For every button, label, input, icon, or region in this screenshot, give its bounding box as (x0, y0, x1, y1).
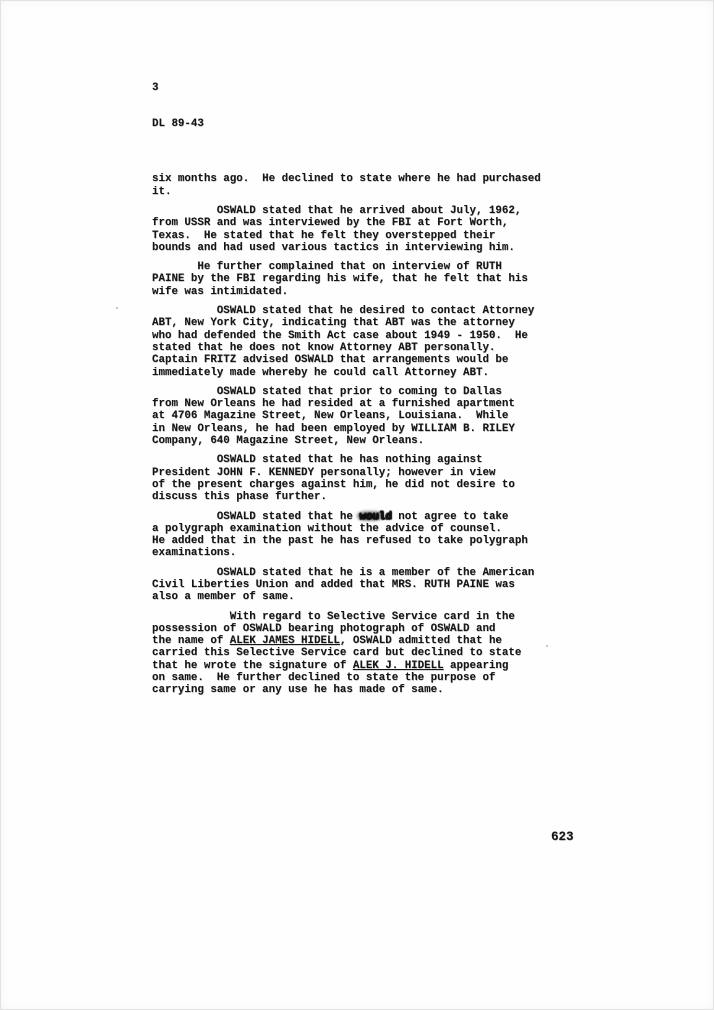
paragraph-selective-service-card: With regard to Selective Service card in… (152, 611, 562, 697)
document-body: 3 DL 89-43 six months ago. He declined t… (152, 57, 562, 704)
underlined-name-hidell: ALEK JAMES HIDELL (230, 635, 340, 647)
scan-speck (546, 645, 548, 647)
page-header: 3 DL 89-43 (152, 57, 562, 155)
paragraph-ruth-paine-complaint: He further complained that on interview … (152, 261, 562, 298)
paragraph-kennedy-statement: OSWALD stated that he has nothing agains… (152, 454, 562, 503)
paragraph-text: OSWALD stated that he (152, 511, 359, 523)
paragraph-polygraph: OSWALD stated that he would not agree to… (152, 511, 562, 560)
paragraph-attorney-abt: OSWALD stated that he desired to contact… (152, 305, 562, 379)
document-page: 3 DL 89-43 six months ago. He declined t… (0, 0, 714, 1010)
header-file-number: DL 89-43 (152, 118, 562, 130)
paragraph-fbi-interview: OSWALD stated that he arrived about July… (152, 205, 562, 254)
paragraph-aclu-membership: OSWALD stated that he is a member of the… (152, 567, 562, 604)
folio-page-number: 623 (551, 830, 574, 844)
smudged-word: would (359, 511, 391, 523)
paragraph-continuation: six months ago. He declined to state whe… (152, 173, 562, 198)
header-page-number: 3 (152, 82, 562, 94)
underlined-name-hidell-signature: ALEK J. HIDELL (353, 660, 444, 672)
scan-speck (116, 307, 118, 309)
paragraph-new-orleans-residence: OSWALD stated that prior to coming to Da… (152, 386, 562, 447)
